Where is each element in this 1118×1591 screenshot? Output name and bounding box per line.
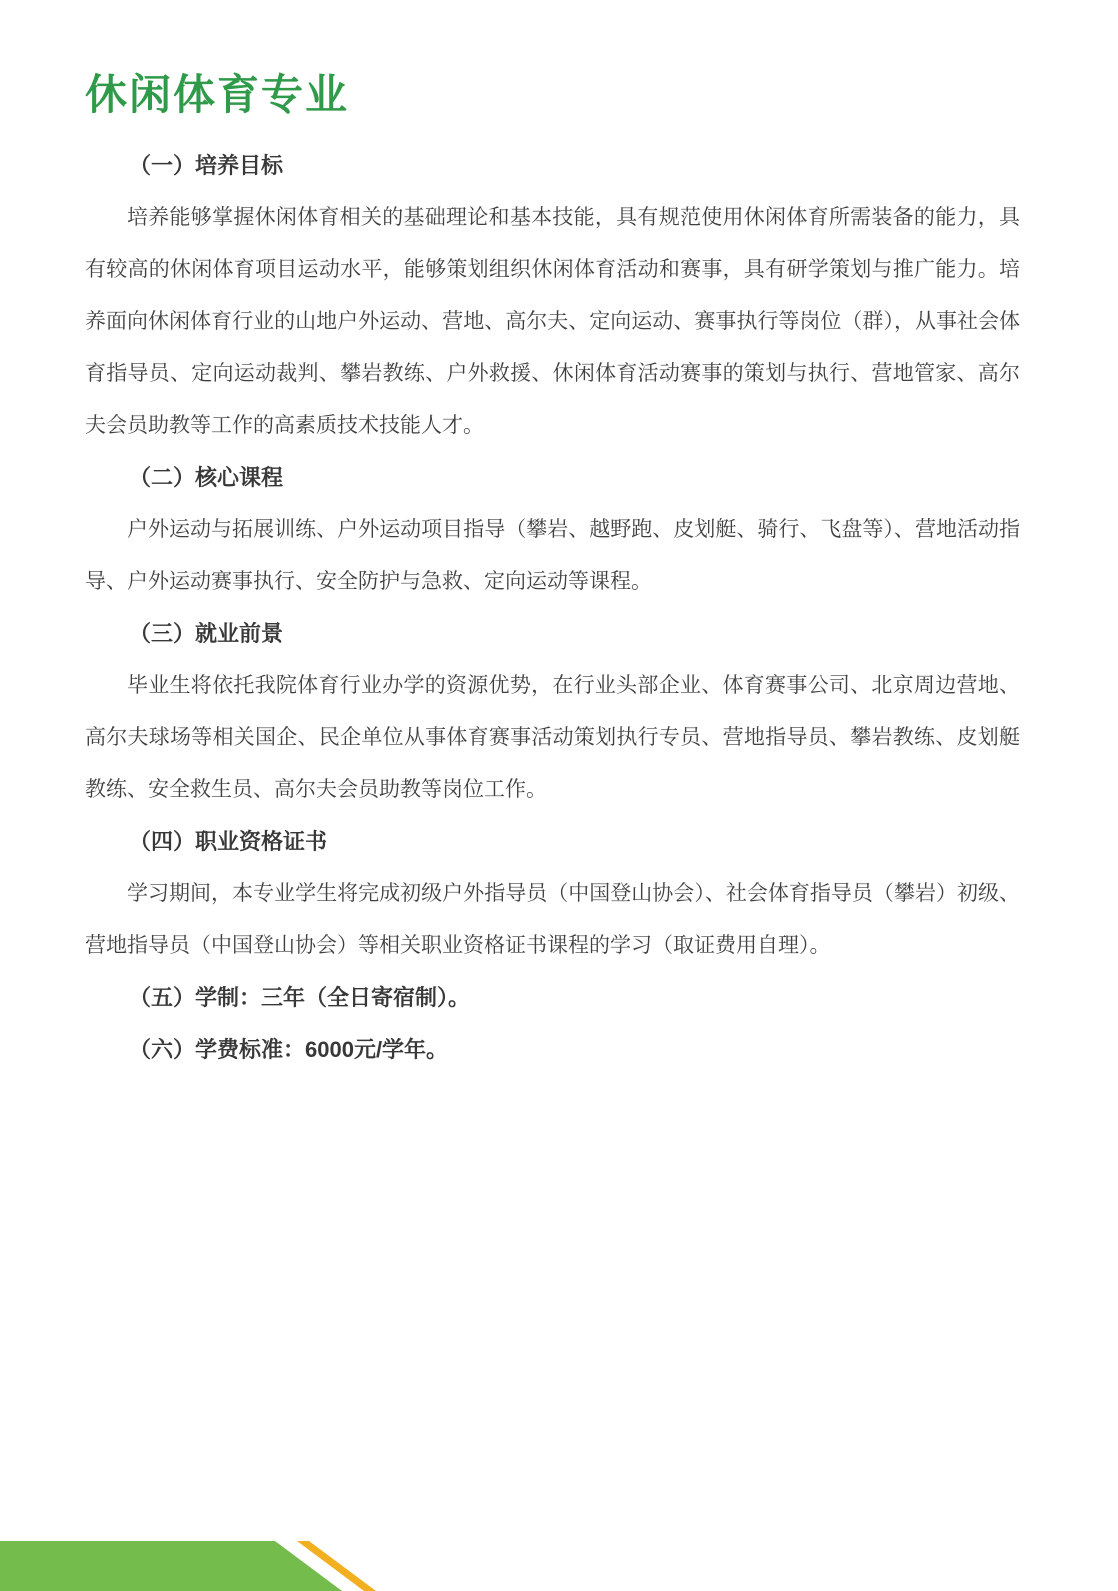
section-paragraph-qualification-certificates: 学习期间，本专业学生将完成初级户外指导员（中国登山协会）、社会体育指导员（攀岩）… xyxy=(85,868,1020,972)
section-heading-schooling-length: （五）学制：三年（全日寄宿制）。 xyxy=(85,972,1020,1024)
section-core-courses: （二）核心课程 户外运动与拓展训练、户外运动项目指导（攀岩、越野跑、皮划艇、骑行… xyxy=(85,452,1020,608)
section-training-objectives: （一）培养目标 培养能够掌握休闲体育相关的基础理论和基本技能，具有规范使用休闲体… xyxy=(85,140,1020,452)
section-heading-qualification-certificates: （四）职业资格证书 xyxy=(85,816,1020,868)
footer-decoration-graphic xyxy=(0,1539,400,1591)
green-trapezoid-shape xyxy=(0,1541,342,1591)
section-employment-prospects: （三）就业前景 毕业生将依托我院体育行业办学的资源优势，在行业头部企业、体育赛事… xyxy=(85,608,1020,816)
section-qualification-certificates: （四）职业资格证书 学习期间，本专业学生将完成初级户外指导员（中国登山协会）、社… xyxy=(85,816,1020,972)
footer-decoration xyxy=(0,1539,400,1591)
section-paragraph-training-objectives: 培养能够掌握休闲体育相关的基础理论和基本技能，具有规范使用休闲体育所需装备的能力… xyxy=(85,192,1020,452)
section-paragraph-core-courses: 户外运动与拓展训练、户外运动项目指导（攀岩、越野跑、皮划艇、骑行、飞盘等）、营地… xyxy=(85,504,1020,608)
section-heading-training-objectives: （一）培养目标 xyxy=(85,140,1020,192)
section-heading-core-courses: （二）核心课程 xyxy=(85,452,1020,504)
page-title: 休闲体育专业 xyxy=(85,72,1020,118)
section-heading-employment-prospects: （三）就业前景 xyxy=(85,608,1020,660)
document-page: 休闲体育专业 （一）培养目标 培养能够掌握休闲体育相关的基础理论和基本技能，具有… xyxy=(85,72,1020,1076)
section-heading-tuition-standard: （六）学费标准：6000元/学年。 xyxy=(85,1024,1020,1076)
section-tuition-standard: （六）学费标准：6000元/学年。 xyxy=(85,1024,1020,1076)
section-schooling-length: （五）学制：三年（全日寄宿制）。 xyxy=(85,972,1020,1024)
section-paragraph-employment-prospects: 毕业生将依托我院体育行业办学的资源优势，在行业头部企业、体育赛事公司、北京周边营… xyxy=(85,660,1020,816)
yellow-stripe-shape xyxy=(297,1541,376,1591)
